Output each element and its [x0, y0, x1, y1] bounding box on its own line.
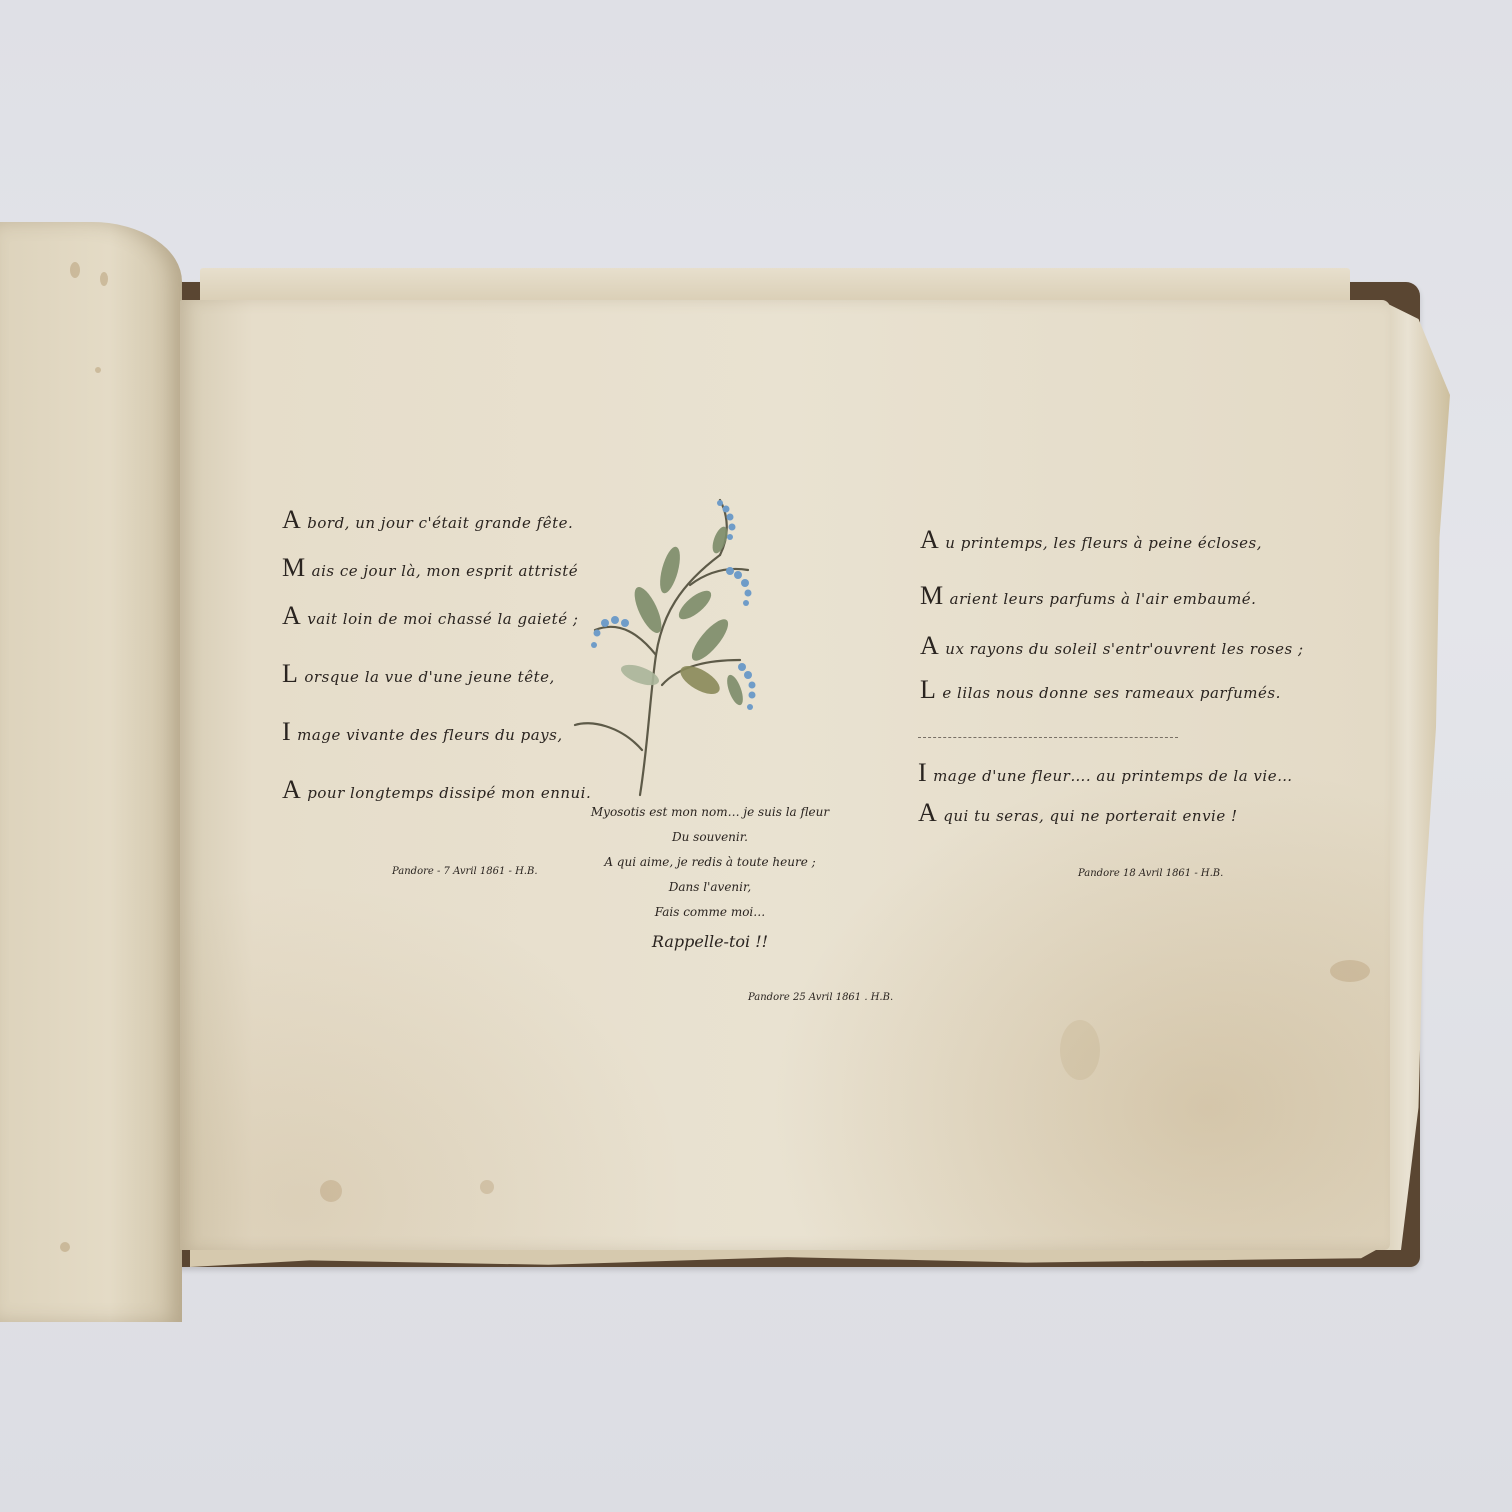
poem-line: Myosotis est mon nom… je suis la fleur	[560, 800, 860, 825]
initial-letter: A	[920, 631, 939, 661]
line-text: mage d'une fleur…. au printemps de la vi…	[933, 767, 1292, 785]
initial-letter: I	[918, 758, 927, 788]
line-text: bord, un jour c'était grande fête.	[307, 514, 573, 532]
poem-line: Apour longtemps dissipé mon ennui.	[282, 775, 591, 823]
line-text: qui tu seras, qui ne porterait envie !	[943, 807, 1237, 825]
forget-me-not-illustration	[570, 495, 780, 805]
left-poem-signature: Pandore - 7 Avril 1861 - H.B.	[392, 866, 538, 877]
initial-letter: M	[282, 553, 306, 583]
poem-line: Image vivante des fleurs du pays,	[282, 717, 591, 765]
right-poem-signature: Pandore 18 Avril 1861 - H.B.	[1078, 868, 1223, 879]
initial-letter: I	[282, 717, 291, 747]
line-text: orsque la vue d'une jeune tête,	[304, 668, 554, 686]
poem-line: Rappelle-toi !!	[560, 925, 860, 959]
poem-line: A qui aime, je redis à toute heure ;	[560, 850, 860, 875]
poem-line: Le lilas nous donne ses rameaux parfumés…	[920, 675, 1304, 723]
line-text: u printemps, les fleurs à peine écloses,	[945, 534, 1262, 552]
poem-line: Lorsque la vue d'une jeune tête,	[282, 659, 591, 707]
line-text: ux rayons du soleil s'entr'ouvrent les r…	[945, 640, 1303, 658]
poem-line: Marient leurs parfums à l'air embaumé.	[920, 581, 1304, 631]
right-acrostic-poem: Au printemps, les fleurs à peine écloses…	[920, 525, 1304, 723]
poem-line: Abord, un jour c'était grande fête.	[282, 505, 591, 553]
initial-letter: A	[282, 775, 301, 805]
line-text: mage vivante des fleurs du pays,	[297, 726, 562, 744]
poem-line: Au printemps, les fleurs à peine écloses…	[920, 525, 1304, 581]
left-page	[0, 222, 182, 1322]
line-text: arient leurs parfums à l'air embaumé.	[950, 590, 1257, 608]
dashed-separator	[918, 737, 1178, 738]
initial-letter: A	[282, 601, 301, 631]
right-acrostic-poem-ending: Image d'une fleur…. au printemps de la v…	[918, 758, 1293, 846]
poem-line: Du souvenir.	[560, 825, 860, 850]
poem-line: Avait loin de moi chassé la gaieté ;	[282, 601, 591, 649]
poem-line: Dans l'avenir,	[560, 875, 860, 900]
poem-line: Mais ce jour là, mon esprit attristé	[282, 553, 591, 601]
initial-letter: A	[918, 798, 937, 828]
initial-letter: M	[920, 581, 944, 611]
line-text: ais ce jour là, mon esprit attristé	[312, 562, 579, 580]
line-text: pour longtemps dissipé mon ennui.	[307, 784, 591, 802]
initial-letter: A	[282, 505, 301, 535]
initial-letter: L	[920, 675, 936, 705]
initial-letter: L	[282, 659, 298, 689]
center-poem-signature: Pandore 25 Avril 1861 . H.B.	[748, 992, 893, 1003]
poem-line: Fais comme moi…	[560, 900, 860, 925]
torn-page-edge-right	[1380, 300, 1450, 1250]
line-text: e lilas nous donne ses rameaux parfumés.	[942, 684, 1280, 702]
poem-line: Aux rayons du soleil s'entr'ouvrent les …	[920, 631, 1304, 675]
initial-letter: A	[920, 525, 939, 555]
left-acrostic-poem: Abord, un jour c'était grande fête. Mais…	[282, 505, 591, 823]
poem-line: Image d'une fleur…. au printemps de la v…	[918, 758, 1293, 798]
center-poem: Myosotis est mon nom… je suis la fleur D…	[560, 800, 860, 959]
line-text: vait loin de moi chassé la gaieté ;	[307, 610, 578, 628]
poem-line: Aqui tu seras, qui ne porterait envie !	[918, 798, 1293, 846]
